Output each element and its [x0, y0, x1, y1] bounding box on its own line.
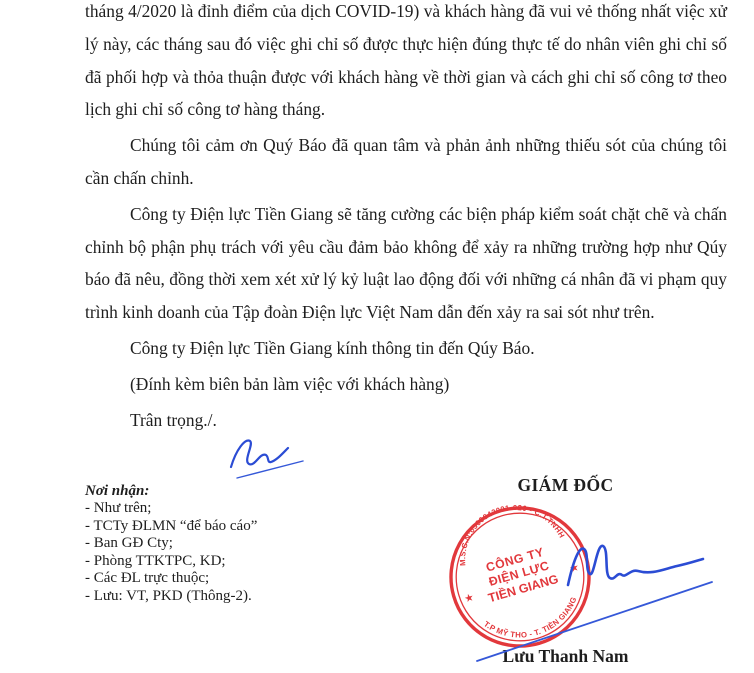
company-stamp-seal: M.S.C.N:0300942001-020 - C.T.TNHH T.P MỸ…	[444, 505, 596, 651]
body-paragraph-measures: Công ty Điện lực Tiền Giang sẽ tăng cườn…	[85, 198, 727, 329]
stamp-star-right-icon: ★	[569, 562, 580, 574]
letter-body: tháng 4/2020 là đỉnh điểm của dịch COVID…	[85, 0, 727, 439]
body-paragraph-continuation: tháng 4/2020 là đỉnh điểm của dịch COVID…	[85, 0, 727, 126]
recipient-item: - Các ĐL trực thuộc;	[85, 570, 385, 588]
recipients-block: Nơi nhận: - Như trên; - TCTy ĐLMN “để bá…	[85, 482, 385, 605]
body-paragraph-thanks: Chúng tôi cảm ơn Quý Báo đã quan tâm và …	[85, 129, 727, 195]
scanned-letter-page: tháng 4/2020 là đỉnh điểm của dịch COVID…	[0, 0, 754, 673]
signer-name: Lưu Thanh Nam	[463, 646, 668, 667]
closing-initial-signature	[231, 441, 288, 467]
recipients-heading: Nơi nhận:	[85, 482, 385, 500]
closing-salutation: Trân trọng./.	[85, 404, 727, 437]
signer-title: GIÁM ĐỐC	[463, 475, 668, 496]
recipient-item: - Phòng TTKTPC, KD;	[85, 553, 385, 571]
closing-initial-underline	[237, 461, 303, 478]
body-paragraph-attachment: (Đính kèm biên bản làm việc với khách hà…	[85, 368, 727, 401]
recipient-item: - Như trên;	[85, 500, 385, 518]
recipient-item: - Ban GĐ Cty;	[85, 535, 385, 553]
recipient-item: - Lưu: VT, PKD (Thông-2).	[85, 588, 385, 606]
stamp-star-left-icon: ★	[464, 592, 475, 604]
body-paragraph-inform: Công ty Điện lực Tiền Giang kính thông t…	[85, 332, 727, 365]
recipient-item: - TCTy ĐLMN “để báo cáo”	[85, 518, 385, 536]
